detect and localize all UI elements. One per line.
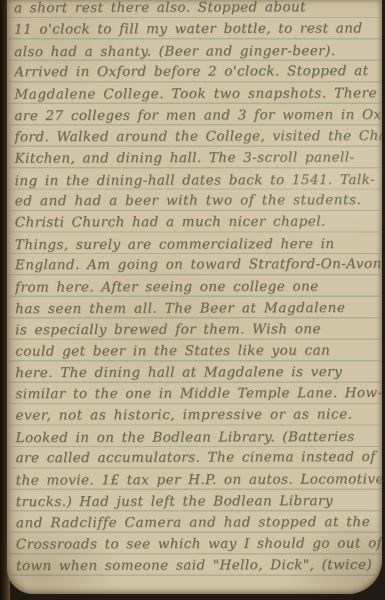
handwriting-line: Kitchen, and dining hall. The 3-scroll p… [15,147,382,170]
handwriting-line: is especially brewed for them. Wish one [15,319,382,342]
handwriting-line: trucks.) Had just left the Bodlean Libra… [16,491,382,514]
handwriting-line: Crossroads to see which way I should go … [16,533,382,556]
handwriting-line: ed and had a beer with two of the studen… [15,190,382,213]
handwriting-line: Arrived in Oxford before 2 o'clock. Stop… [14,61,381,84]
handwriting-line: here. The dining hall at Magdalene is ve… [15,362,382,385]
handwriting-line: could get beer in the States like you ca… [15,340,382,363]
journal-scan: a short rest there also. Stopped about 1… [0,0,385,600]
handwriting-line: ford. Walked around the College, visited… [14,126,381,149]
handwriting-line: ing in the dining-hall dates back to 154… [15,169,382,192]
handwriting-line: England. Am going on toward Stratford-On… [15,254,382,277]
handwriting-line: has seen them all. The Beer at Magdalene [15,298,382,321]
handwriting-line: Things, surely are commercialized here i… [15,234,382,257]
handwriting-line: and Radcliffe Camera and had stopped at … [16,511,382,534]
handwriting-line: are called accumulators. The cinema inst… [16,447,382,470]
handwriting-line: Christi Church had a much nicer chapel. [15,212,382,235]
handwriting-line: are 27 colleges for men and 3 for women … [14,105,381,128]
handwritten-text: a short rest there also. Stopped about 1… [14,0,382,577]
handwriting-line: a short rest there also. Stopped about [14,0,381,20]
handwriting-line: the movie. 1£ tax per H.P. on autos. Loc… [16,469,382,492]
handwriting-line: ever, not as historic, impressive or as … [15,405,382,428]
handwriting-line: 11 o'clock to fill my water bottle, to r… [14,19,381,42]
handwriting-line: Looked in on the Bodlean Library. (Batte… [15,427,382,450]
handwriting-line: from here. After seeing one college one [15,276,382,299]
handwriting-line: Magdalene College. Took two snapshots. T… [14,83,381,106]
handwriting-line: town when someone said "Hello, Dick", (t… [16,555,382,578]
handwriting-line: also had a shanty. (Beer and ginger-beer… [14,41,381,64]
diary-page: a short rest there also. Stopped about 1… [7,0,382,594]
handwriting-line: similar to the one in Middle Temple Lane… [15,383,382,406]
